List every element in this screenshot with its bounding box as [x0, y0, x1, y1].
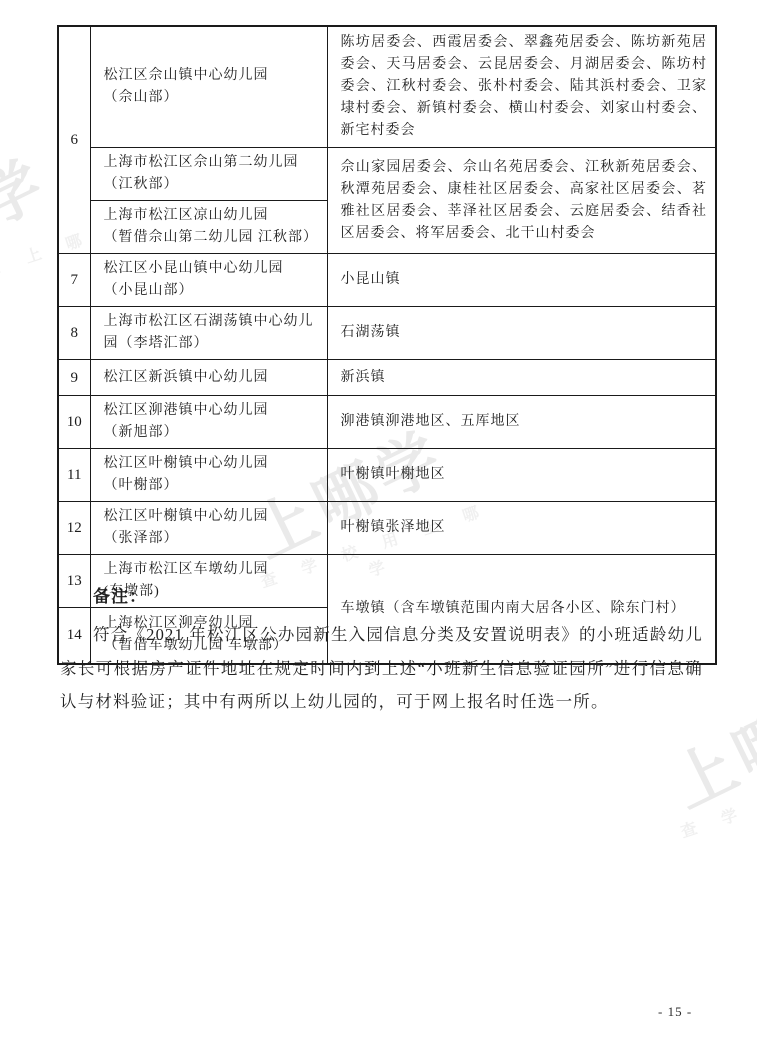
table-row: 9 松江区新浜镇中心幼儿园 新浜镇 [58, 360, 716, 396]
kindergarten-service-area-table: 6 松江区佘山镇中心幼儿园 （佘山部） 陈坊居委会、西霞居委会、翠鑫苑居委会、陈… [57, 25, 717, 665]
table-row: 上海市松江区佘山第二幼儿园 （江秋部） 佘山家园居委会、佘山名苑居委会、江秋新苑… [58, 148, 716, 201]
table-row: 6 松江区佘山镇中心幼儿园 （佘山部） 陈坊居委会、西霞居委会、翠鑫苑居委会、陈… [58, 26, 716, 148]
service-area: 新浜镇 [327, 360, 716, 396]
table-row: 10 松江区泖港镇中心幼儿园 （新旭部） 泖港镇泖港地区、五厍地区 [58, 396, 716, 449]
row-number: 6 [58, 26, 90, 254]
kindergarten-name: 松江区新浜镇中心幼儿园 [90, 360, 327, 396]
service-area: 石湖荡镇 [327, 307, 716, 360]
kindergarten-name: 松江区佘山镇中心幼儿园 （佘山部） [90, 26, 327, 148]
kindergarten-name: 松江区小昆山镇中心幼儿园 （小昆山部） [90, 254, 327, 307]
row-number: 10 [58, 396, 90, 449]
kindergarten-name: 上海市松江区凉山幼儿园 （暂借佘山第二幼儿园 江秋部） [90, 201, 327, 254]
table-row: 11 松江区叶榭镇中心幼儿园 （叶榭部） 叶榭镇叶榭地区 [58, 449, 716, 502]
service-area: 佘山家园居委会、佘山名苑居委会、江秋新苑居委会、秋潭苑居委会、康桂社区居委会、高… [327, 148, 716, 254]
service-area: 叶榭镇张泽地区 [327, 502, 716, 555]
service-area: 泖港镇泖港地区、五厍地区 [327, 396, 716, 449]
kindergarten-name: 上海市松江区佘山第二幼儿园 （江秋部） [90, 148, 327, 201]
watermark-small-text: 查 学 校 用 上 哪 学 [658, 740, 757, 870]
notes-body: 符合《2021 年松江区公办园新生入园信息分类及安置说明表》的小班适龄幼儿家长可… [60, 618, 703, 719]
service-area: 陈坊居委会、西霞居委会、翠鑫苑居委会、陈坊新苑居委会、天马居委会、云昆居委会、月… [327, 26, 716, 148]
service-area: 叶榭镇叶榭地区 [327, 449, 716, 502]
kindergarten-name: 上海市松江区石湖荡镇中心幼儿 园（李塔汇部） [90, 307, 327, 360]
kindergarten-name: 松江区泖港镇中心幼儿园 （新旭部） [90, 396, 327, 449]
row-number: 8 [58, 307, 90, 360]
kindergarten-name: 松江区叶榭镇中心幼儿园 （张泽部） [90, 502, 327, 555]
notes-section: 备注： 符合《2021 年松江区公办园新生入园信息分类及安置说明表》的小班适龄幼… [60, 582, 703, 719]
row-number: 12 [58, 502, 90, 555]
notes-heading: 备注： [60, 582, 703, 607]
table-row: 7 松江区小昆山镇中心幼儿园 （小昆山部） 小昆山镇 [58, 254, 716, 307]
row-number: 9 [58, 360, 90, 396]
page-number: - 15 - [658, 1004, 692, 1020]
document-page: 上哪学 查 学 校 用 上 哪 学 上哪学 查 学 校 用 上 哪 学 上哪学 … [0, 0, 757, 1055]
table-row: 8 上海市松江区石湖荡镇中心幼儿 园（李塔汇部） 石湖荡镇 [58, 307, 716, 360]
table-row: 12 松江区叶榭镇中心幼儿园 （张泽部） 叶榭镇张泽地区 [58, 502, 716, 555]
service-area: 小昆山镇 [327, 254, 716, 307]
kindergarten-name: 松江区叶榭镇中心幼儿园 （叶榭部） [90, 449, 327, 502]
row-number: 11 [58, 449, 90, 502]
row-number: 7 [58, 254, 90, 307]
